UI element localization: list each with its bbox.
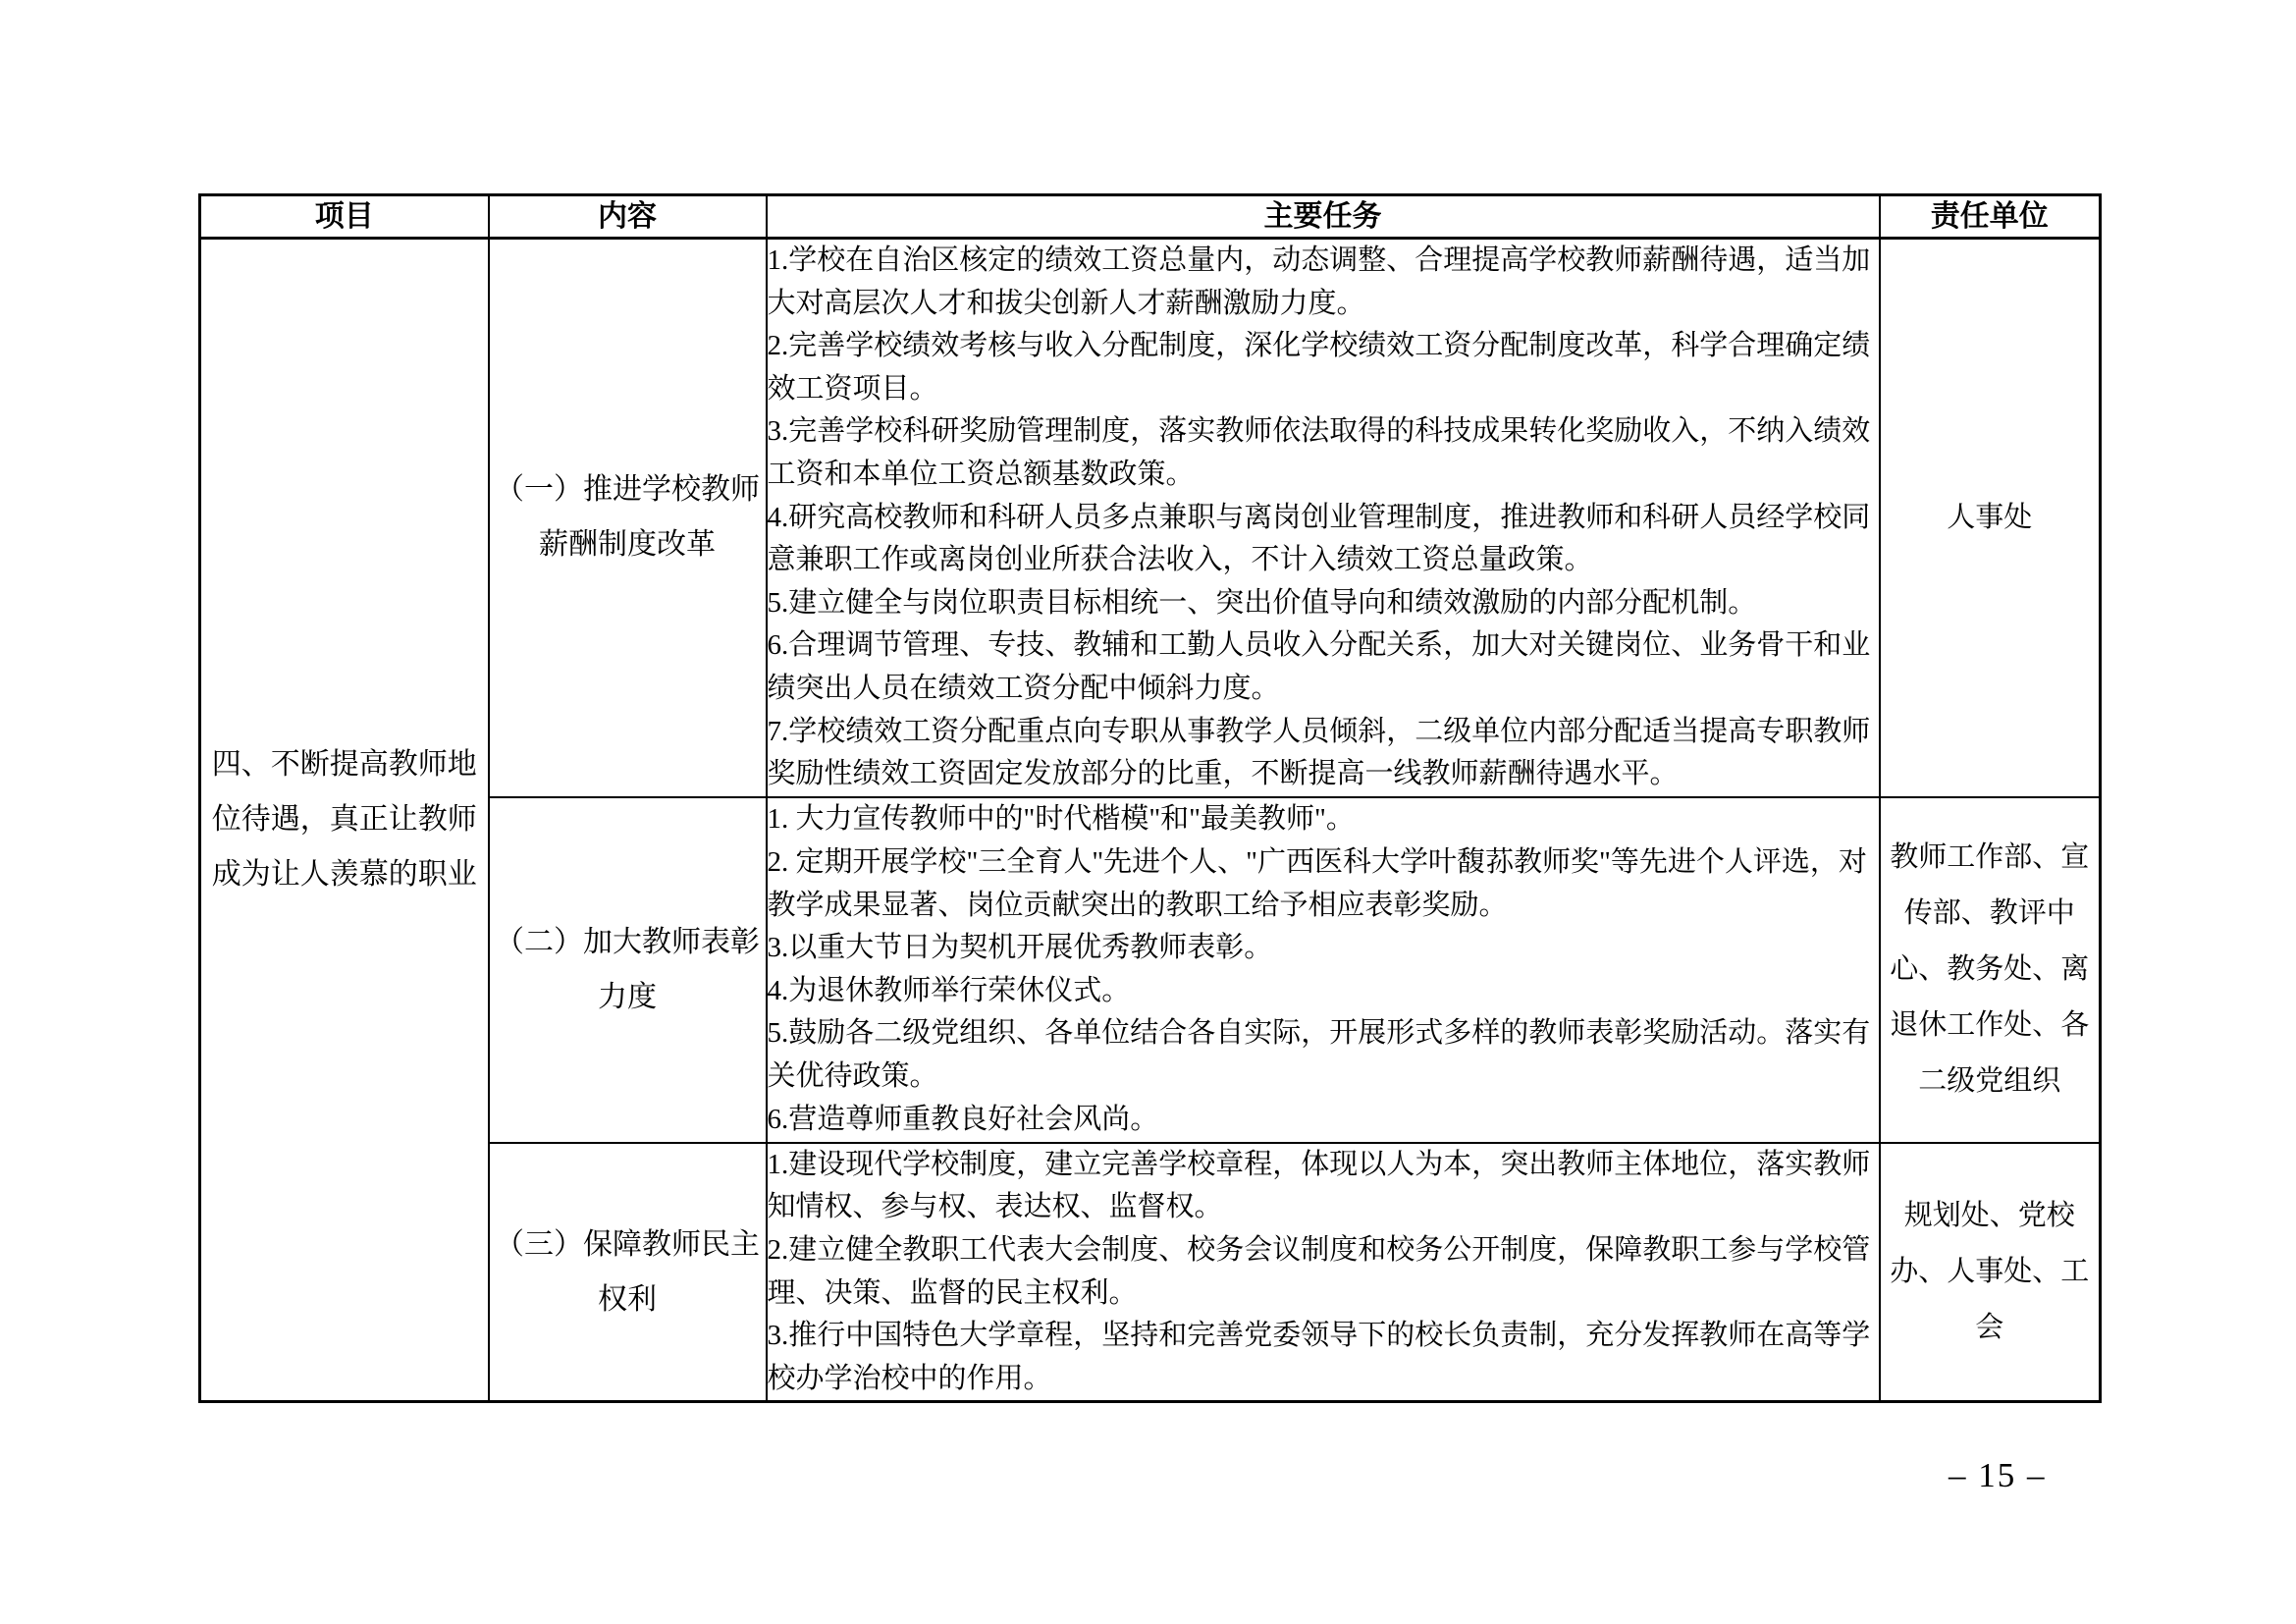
responsible-unit-cell: 规划处、党校办、人事处、工会 bbox=[1880, 1143, 2101, 1402]
task-item: 2. 定期开展学校"三全育人"先进个人、"广西医科大学叶馥荪教师奖"等先进个人评… bbox=[768, 841, 1879, 927]
column-header-main-tasks: 主要任务 bbox=[767, 195, 1880, 239]
task-item: 4.为退休教师举行荣休仪式。 bbox=[768, 970, 1879, 1013]
column-header-project: 项目 bbox=[200, 195, 489, 239]
table-row: 四、不断提高教师地位待遇，真正让教师成为让人羡慕的职业 （一）推进学校教师薪酬制… bbox=[200, 239, 2101, 797]
task-item: 5.建立健全与岗位职责目标相统一、突出价值导向和绩效激励的内部分配机制。 bbox=[768, 582, 1879, 625]
tasks-cell: 1.建设现代学校制度，建立完善学校章程，体现以人为本，突出教师主体地位，落实教师… bbox=[767, 1143, 1880, 1402]
task-item: 6.合理调节管理、专技、教辅和工勤人员收入分配关系，加大对关键岗位、业务骨干和业… bbox=[768, 624, 1879, 710]
column-header-content: 内容 bbox=[489, 195, 767, 239]
table-header-row: 项目 内容 主要任务 责任单位 bbox=[200, 195, 2101, 239]
task-item: 6.营造尊师重教良好社会风尚。 bbox=[768, 1099, 1879, 1142]
task-item: 4.研究高校教师和科研人员多点兼职与离岗创业管理制度，推进教师和科研人员经学校同… bbox=[768, 497, 1879, 582]
column-header-responsible-unit: 责任单位 bbox=[1880, 195, 2101, 239]
task-item: 2.建立健全教职工代表大会制度、校务会议制度和校务公开制度，保障教职工参与学校管… bbox=[768, 1229, 1879, 1315]
tasks-cell: 1.学校在自治区核定的绩效工资总量内，动态调整、合理提高学校教师薪酬待遇，适当加… bbox=[767, 239, 1880, 797]
task-item: 3.以重大节日为契机开展优秀教师表彰。 bbox=[768, 927, 1879, 970]
page-number: – 15 – bbox=[1949, 1456, 2047, 1495]
responsible-unit-cell: 教师工作部、宣传部、教评中心、教务处、离退休工作处、各二级党组织 bbox=[1880, 797, 2101, 1143]
task-item: 2.完善学校绩效考核与收入分配制度，深化学校绩效工资分配制度改革，科学合理确定绩… bbox=[768, 325, 1879, 410]
project-cell: 四、不断提高教师地位待遇，真正让教师成为让人羡慕的职业 bbox=[200, 239, 489, 1402]
tasks-cell: 1. 大力宣传教师中的"时代楷模"和"最美教师"。2. 定期开展学校"三全育人"… bbox=[767, 797, 1880, 1143]
task-item: 1. 大力宣传教师中的"时代楷模"和"最美教师"。 bbox=[768, 798, 1879, 841]
task-item: 1.建设现代学校制度，建立完善学校章程，体现以人为本，突出教师主体地位，落实教师… bbox=[768, 1144, 1879, 1229]
task-item: 3.推行中国特色大学章程，坚持和完善党委领导下的校长负责制，充分发挥教师在高等学… bbox=[768, 1315, 1879, 1400]
content-cell: （二）加大教师表彰力度 bbox=[489, 797, 767, 1143]
content-cell: （一）推进学校教师薪酬制度改革 bbox=[489, 239, 767, 797]
content-cell: （三）保障教师民主权利 bbox=[489, 1143, 767, 1402]
task-item: 1.学校在自治区核定的绩效工资总量内，动态调整、合理提高学校教师薪酬待遇，适当加… bbox=[768, 240, 1879, 325]
task-item: 7.学校绩效工资分配重点向专职从事教学人员倾斜，二级单位内部分配适当提高专职教师… bbox=[768, 711, 1879, 796]
task-table: 项目 内容 主要任务 责任单位 四、不断提高教师地位待遇，真正让教师成为让人羡慕… bbox=[198, 193, 2102, 1403]
task-item: 3.完善学校科研奖励管理制度，落实教师依法取得的科技成果转化奖励收入，不纳入绩效… bbox=[768, 410, 1879, 496]
document-page: 项目 内容 主要任务 责任单位 四、不断提高教师地位待遇，真正让教师成为让人羡慕… bbox=[0, 0, 2296, 1624]
task-item: 5.鼓励各二级党组织、各单位结合各自实际，开展形式多样的教师表彰奖励活动。落实有… bbox=[768, 1012, 1879, 1098]
responsible-unit-cell: 人事处 bbox=[1880, 239, 2101, 797]
